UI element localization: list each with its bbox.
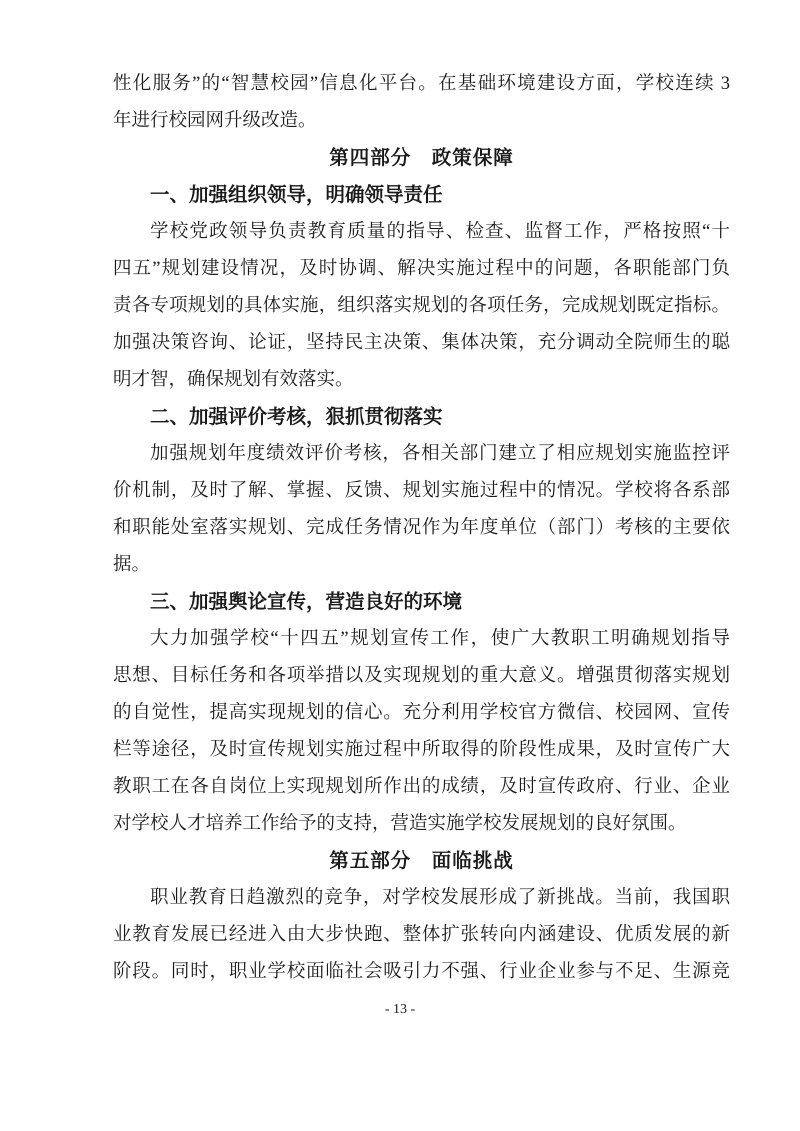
para-line: 业教育发展已经进入由大步快跑、整体扩张转向内涵建设、优质发展的新: [113, 917, 730, 954]
para-line: 思想、目标任务和各项举措以及实现规划的重大意义。增强贯彻落实规划: [113, 658, 730, 695]
para-line: 据。: [113, 547, 730, 584]
para-line: 教职工在各自岗位上实现规划所作出的成绩，及时宣传政府、行业、企业: [113, 769, 730, 806]
para-line: 栏等途径，及时宣传规划实施过程中所取得的阶段性成果，及时宣传广大: [113, 732, 730, 769]
para-line: 和职能处室落实规划、完成任务情况作为年度单位（部门）考核的主要依: [113, 510, 730, 547]
section-heading: 二、加强评价考核，狠抓贯彻落实: [113, 399, 730, 436]
para-line: 年进行校园网升级改造。: [113, 103, 730, 140]
para-line: 大力加强学校“十四五”规划宣传工作，使广大教职工明确规划指导: [113, 621, 730, 658]
document-page: 性化服务”的“智慧校园”信息化平台。在基础环境建设方面，学校连续 3 年进行校园…: [0, 0, 800, 1131]
para-line: 加强决策咨询、论证，坚持民主决策、集体决策，充分调动全院师生的聪: [113, 325, 730, 362]
chapter-heading: 第五部分 面临挑战: [113, 843, 730, 880]
para-line: 职业教育日趋激烈的竞争，对学校发展形成了新挑战。当前，我国职: [113, 880, 730, 917]
para-line: 加强规划年度绩效评价考核，各相关部门建立了相应规划实施监控评: [113, 436, 730, 473]
page-content: 性化服务”的“智慧校园”信息化平台。在基础环境建设方面，学校连续 3 年进行校园…: [113, 66, 730, 991]
chapter-heading: 第四部分 政策保障: [113, 140, 730, 177]
para-line: 学校党政领导负责教育质量的指导、检查、监督工作，严格按照“十: [113, 214, 730, 251]
para-line: 对学校人才培养工作给予的支持，营造实施学校发展规划的良好氛围。: [113, 806, 730, 843]
para-line: 四五”规划建设情况，及时协调、解决实施过程中的问题，各职能部门负: [113, 251, 730, 288]
page-number: - 13 -: [0, 1000, 800, 1020]
para-line: 价机制，及时了解、掌握、反馈、规划实施过程中的情况。学校将各系部: [113, 473, 730, 510]
para-line: 阶段。同时，职业学校面临社会吸引力不强、行业企业参与不足、生源竞: [113, 954, 730, 991]
para-line: 的自觉性，提高实现规划的信心。充分利用学校官方微信、校园网、宣传: [113, 695, 730, 732]
para-line: 明才智，确保规划有效落实。: [113, 362, 730, 399]
para-line: 性化服务”的“智慧校园”信息化平台。在基础环境建设方面，学校连续 3: [113, 66, 730, 103]
section-heading: 一、加强组织领导，明确领导责任: [113, 177, 730, 214]
para-line: 责各专项规划的具体实施，组织落实规划的各项任务，完成规划既定指标。: [113, 288, 730, 325]
section-heading: 三、加强舆论宣传，营造良好的环境: [113, 584, 730, 621]
